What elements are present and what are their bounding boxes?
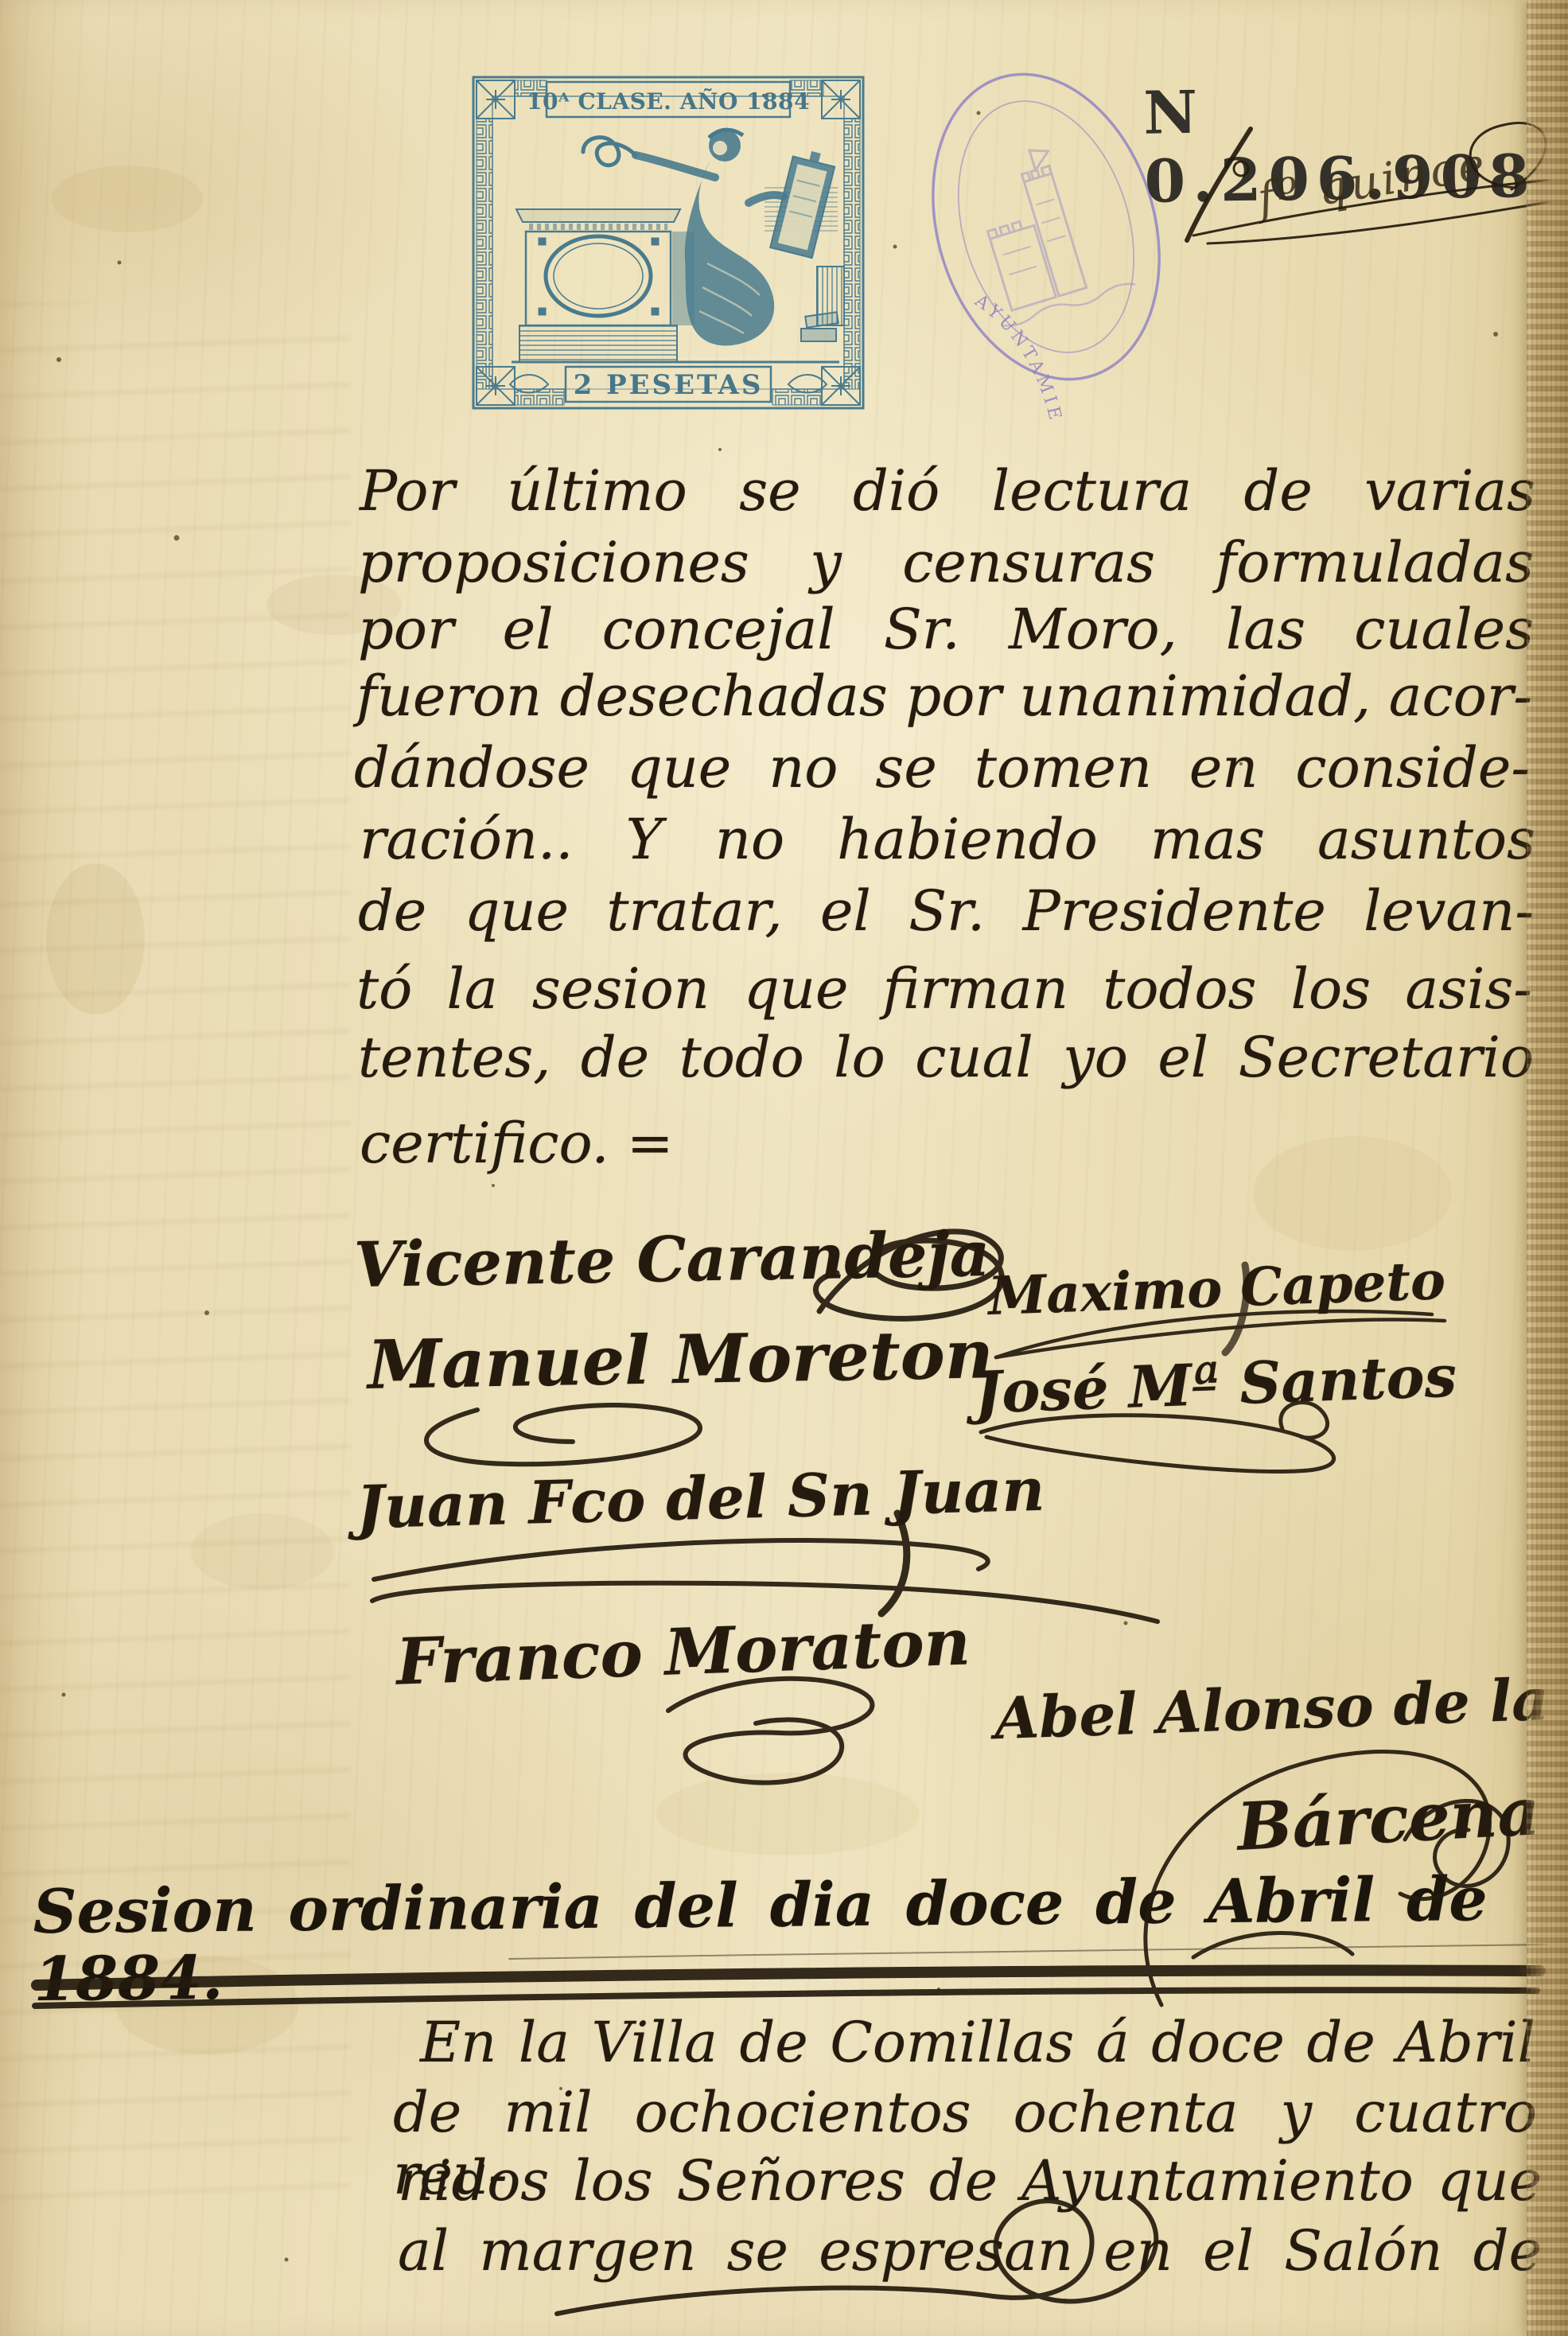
closing-flourish xyxy=(557,2198,1156,2314)
ink-flourishes xyxy=(0,0,1568,2336)
santos-flourish xyxy=(981,1403,1334,1472)
franco-flourish xyxy=(668,1679,872,1783)
rubric-flourish xyxy=(1187,123,1558,243)
manuscript-page: 10ᴬ CLASE. AÑO 1884 xyxy=(0,0,1568,2336)
manuel-flourish xyxy=(426,1405,700,1464)
juan-flourish xyxy=(372,1513,1158,1622)
heading-underline xyxy=(35,1945,1547,2006)
maximo-flourish xyxy=(996,1265,1445,1357)
book-binding-edge xyxy=(1527,0,1568,2336)
vicente-flourish xyxy=(815,1232,1002,1319)
